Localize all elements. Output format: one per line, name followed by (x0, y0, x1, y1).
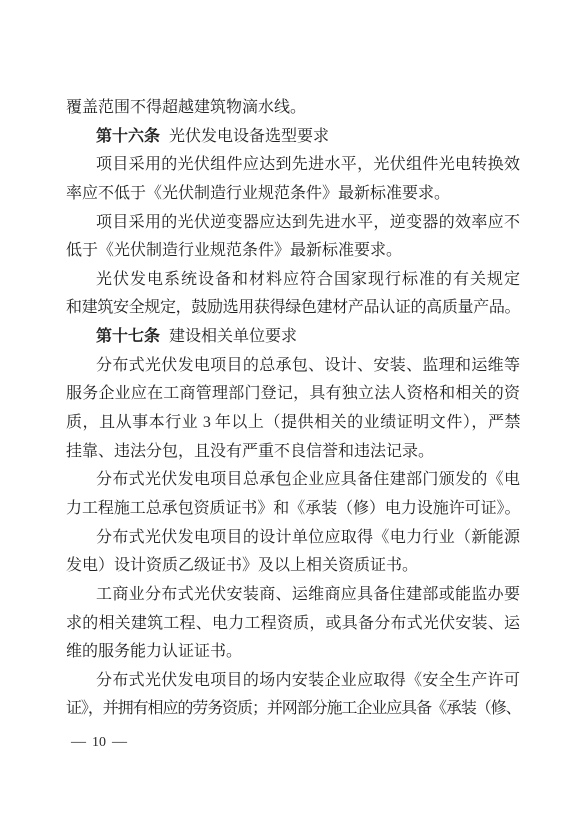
text-line: 分布式光伏发电项目的设计单位应取得《电力行业（新能源 (66, 524, 520, 553)
text-line: 发电）设计资质乙级证书》及以上相关资质证书。 (66, 552, 520, 581)
text-line: 分布式光伏发电项目总承包企业应具备住建部门颁发的《电 (66, 466, 520, 495)
text-line: 率应不低于《光伏制造行业规范条件》最新标准要求。 (66, 180, 520, 209)
text-line: 证》，并拥有相应的劳务资质；并网部分施工企业应具备《承装（修、 (66, 695, 520, 724)
text-line: 力工程施工总承包资质证书》和《承装（修）电力设施许可证》。 (66, 495, 520, 524)
section-number: 第十六条 (96, 128, 160, 145)
text-line: 覆盖范围不得超越建筑物滴水线。 (66, 94, 520, 123)
text-line: 低于《光伏制造行业规范条件》最新标准要求。 (66, 237, 520, 266)
section-title: 光伏发电设备选型要求 (169, 128, 329, 145)
page-number: 10 (92, 735, 106, 750)
text-line: 项目采用的光伏逆变器应达到先进水平，逆变器的效率应不 (66, 209, 520, 238)
text-line: 挂靠、违法分包，且没有严重不良信誉和违法记录。 (66, 438, 520, 467)
footer-dash-left: — (71, 734, 86, 750)
text-line: 和建筑安全规定，鼓励选用获得绿色建材产品认证的高质量产品。 (66, 294, 520, 323)
text-line: 光伏发电系统设备和材料应符合国家现行标准的有关规定 (66, 266, 520, 295)
document-page: 覆盖范围不得超越建筑物滴水线。第十六条光伏发电设备选型要求项目采用的光伏组件应达… (0, 0, 575, 813)
text-line: 求的相关建筑工程、电力工程资质，或具备分布式光伏安装、运 (66, 610, 520, 639)
section-heading: 第十七条建设相关单位要求 (66, 323, 520, 352)
text-line: 服务企业应在工商管理部门登记，具有独立法人资格和相关的资 (66, 380, 520, 409)
text-line: 维的服务能力认证证书。 (66, 638, 520, 667)
footer-dash-right: — (112, 734, 127, 750)
text-line: 分布式光伏发电项目的总承包、设计、安装、监理和运维等 (66, 352, 520, 381)
page-footer: —10— (71, 729, 127, 756)
text-line: 工商业分布式光伏安装商、运维商应具备住建部或能监办要 (66, 581, 520, 610)
text-line: 分布式光伏发电项目的场内安装企业应取得《安全生产许可 (66, 667, 520, 696)
section-number: 第十七条 (96, 328, 160, 345)
text-line: 质，且从事本行业 3 年以上（提供相关的业绩证明文件），严禁 (66, 409, 520, 438)
text-line: 项目采用的光伏组件应达到先进水平，光伏组件光电转换效 (66, 151, 520, 180)
section-title: 建设相关单位要求 (169, 328, 297, 345)
document-body: 覆盖范围不得超越建筑物滴水线。第十六条光伏发电设备选型要求项目采用的光伏组件应达… (66, 94, 520, 724)
section-heading: 第十六条光伏发电设备选型要求 (66, 123, 520, 152)
